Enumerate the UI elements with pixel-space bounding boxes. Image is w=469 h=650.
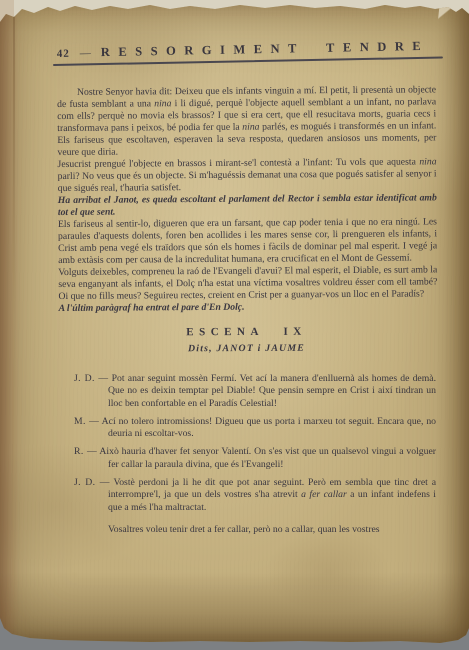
prose-text-segment: Ha arribat el Janot, es queda escoltant … bbox=[58, 192, 437, 218]
prose-paragraph: Nostre Senyor havia dit: Deixeu que els … bbox=[57, 84, 436, 159]
dialogue-entry: J. D. — Vostè perdoni ja li he dit que p… bbox=[108, 477, 436, 514]
book-page: 42 — RESSORGIMENT TENDRE Nostre Senyor h… bbox=[0, 0, 469, 650]
dialogue-text-segment: a fer callar bbox=[301, 489, 347, 500]
dialogue-entry: M. — Ací no tolero intromissions! Digueu… bbox=[108, 416, 436, 441]
speaker-label: J. D. — bbox=[74, 477, 110, 488]
prose-text-segment: A l'últim paràgraf ha entrat el pare d'E… bbox=[59, 302, 245, 314]
prose-text-segment: Volguts deixebles, compreneu la raó de l… bbox=[58, 264, 437, 302]
scene-cast: Dits, JANOT i JAUME bbox=[57, 342, 436, 355]
prose-paragraph: Els fariseus al sentir-lo, digueren que … bbox=[58, 216, 437, 267]
dialogue-text-segment: Ací no tolero intromissions! Digueu que … bbox=[102, 416, 436, 439]
speaker-label: J. D. — bbox=[74, 373, 108, 384]
speaker-label: R. — bbox=[74, 446, 97, 457]
prose-text-segment: Els fariseus al sentir-lo, digueren que … bbox=[58, 216, 437, 266]
prose-text-segment: nina bbox=[419, 156, 436, 167]
prose-text-segment: nina bbox=[154, 98, 171, 109]
dialogue-continuation: Vosaltres voleu tenir dret a fer callar,… bbox=[108, 524, 436, 536]
prose-section: Nostre Senyor havia dit: Deixeu que els … bbox=[57, 84, 438, 315]
scanned-page-photo: 42 — RESSORGIMENT TENDRE Nostre Senyor h… bbox=[0, 0, 469, 650]
prose-text-segment: parli? No veus que és un objecte. Si m'h… bbox=[58, 168, 437, 194]
dialogue-text-segment: Pot anar seguint mossèn Fermí. Vet ací l… bbox=[108, 373, 436, 409]
prose-paragraph: Volguts deixebles, compreneu la raó de l… bbox=[58, 264, 437, 303]
header-dash: — bbox=[80, 47, 91, 59]
dialogue-entry: J. D. — Pot anar seguint mossèn Fermí. V… bbox=[108, 373, 436, 410]
page-content: 42 — RESSORGIMENT TENDRE Nostre Senyor h… bbox=[0, 0, 469, 650]
prose-paragraph: Jesucrist prengué l'objecte en brassos i… bbox=[58, 156, 437, 195]
page-number: 42 bbox=[57, 48, 70, 60]
dialogue-section: J. D. — Pot anar seguint mossèn Fermí. V… bbox=[57, 373, 436, 514]
scene-heading: ESCENA IX bbox=[57, 325, 436, 339]
prose-text-segment: nina bbox=[242, 122, 259, 133]
stage-direction: A l'últim paràgraf ha entrat el pare d'E… bbox=[59, 300, 438, 315]
speaker-label: M. — bbox=[74, 416, 99, 427]
dialogue-text-segment: Això hauria d'haver fet senyor Valentí. … bbox=[99, 446, 436, 469]
dialogue-entry: R. — Això hauria d'haver fet senyor Vale… bbox=[108, 446, 436, 471]
stage-direction: Ha arribat el Janot, es queda escoltant … bbox=[58, 192, 437, 219]
